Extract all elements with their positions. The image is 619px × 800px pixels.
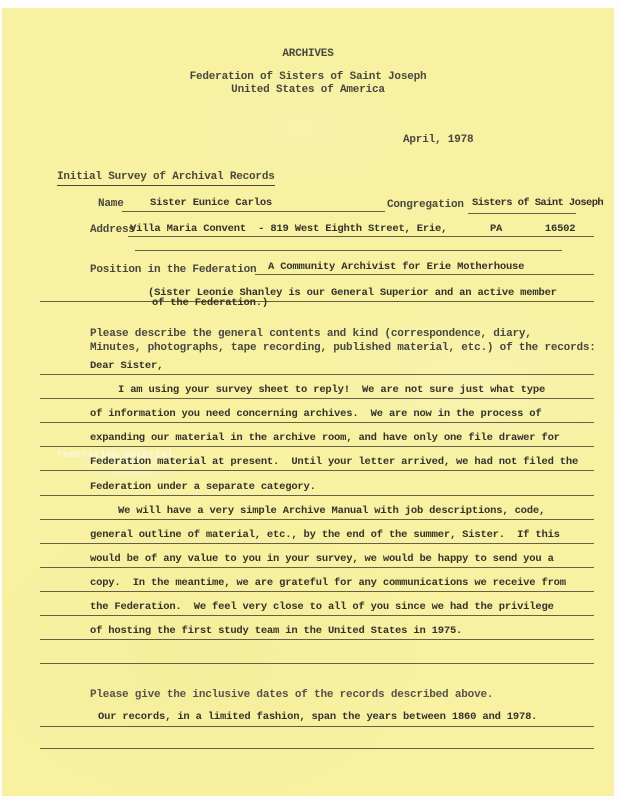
letter-line: the Federation. We feel very close to al… [40,596,594,616]
position-note-underline [40,301,594,302]
dates-underline [40,726,594,727]
letter-line: copy. In the meantime, we are grateful f… [40,572,594,592]
letter-line-text: We will have a very simple Archive Manua… [118,505,545,517]
letter-line: Federation under a separate category. [40,476,594,496]
document-date: April, 1978 [403,134,473,146]
scanned-page: ARCHIVES Federation of Sisters of Saint … [0,0,619,800]
letter-line: of information you need concerning archi… [40,403,594,423]
position-underline [255,274,594,275]
header-federation: Federation of Sisters of Saint Joseph [2,71,614,83]
letter-line-text: of hosting the first study team in the U… [90,625,462,637]
congregation-underline [468,213,576,214]
letter-line: would be of any value to you in your sur… [40,548,594,568]
name-label: Name [98,198,124,210]
name-underline [122,211,385,212]
letter-line: of hosting the first study team in the U… [40,620,594,640]
letter-line-text: Dear Sister, [90,360,163,372]
position-value: A Community Archivist for Erie Motherhou… [268,261,524,273]
letter-line-text: copy. In the meantime, we are grateful f… [90,577,566,589]
letter-line: I am using your survey sheet to reply! W… [40,379,594,399]
form-title: Initial Survey of Archival Records [57,171,275,186]
address-value: Villa Maria Convent - 819 West Eighth St… [130,223,575,235]
document-title: ARCHIVES [2,48,614,60]
letter-line: We will have a very simple Archive Manua… [40,500,594,520]
letter-line-text: would be of any value to you in your sur… [90,553,554,565]
dates-prompt: Please give the inclusive dates of the r… [90,689,493,701]
letter-line: general outline of material, etc., by th… [40,524,594,544]
address-underline [128,236,594,237]
letter-line-text: Federation under a separate category. [90,481,316,493]
letter-line-text: the Federation. We feel very close to al… [90,601,554,613]
paper: ARCHIVES Federation of Sisters of Saint … [2,8,614,796]
describe-prompt-line2: Minutes, photographs, tape recording, pu… [90,342,596,354]
position-note-line2: of the Federation.) [152,297,268,309]
letter-line-text: I am using your survey sheet to reply! W… [118,384,545,396]
letter-line-text: of information you need concerning archi… [90,408,541,420]
address-label: Address [90,224,135,236]
bottom-blank-underline [40,748,594,749]
letter-line: Dear Sister, [40,355,594,375]
letter-line: expanding our material in the archive ro… [40,427,594,447]
letter-line-text: expanding our material in the archive ro… [90,432,560,444]
letter-line [40,644,594,664]
letter-line-text: general outline of material, etc., by th… [90,529,560,541]
dates-answer: Our records, in a limited fashion, span … [98,711,537,723]
describe-prompt-line1: Please describe the general contents and… [90,328,532,340]
whiteout-text: Federation material [57,449,173,461]
position-label: Position in the Federation [90,264,256,276]
blank-underline [135,250,562,251]
name-value: Sister Eunice Carlos [150,197,272,209]
header-country: United States of America [2,84,614,96]
congregation-value: Sisters of Saint Joseph [472,197,603,209]
congregation-label: Congregation [387,199,464,211]
